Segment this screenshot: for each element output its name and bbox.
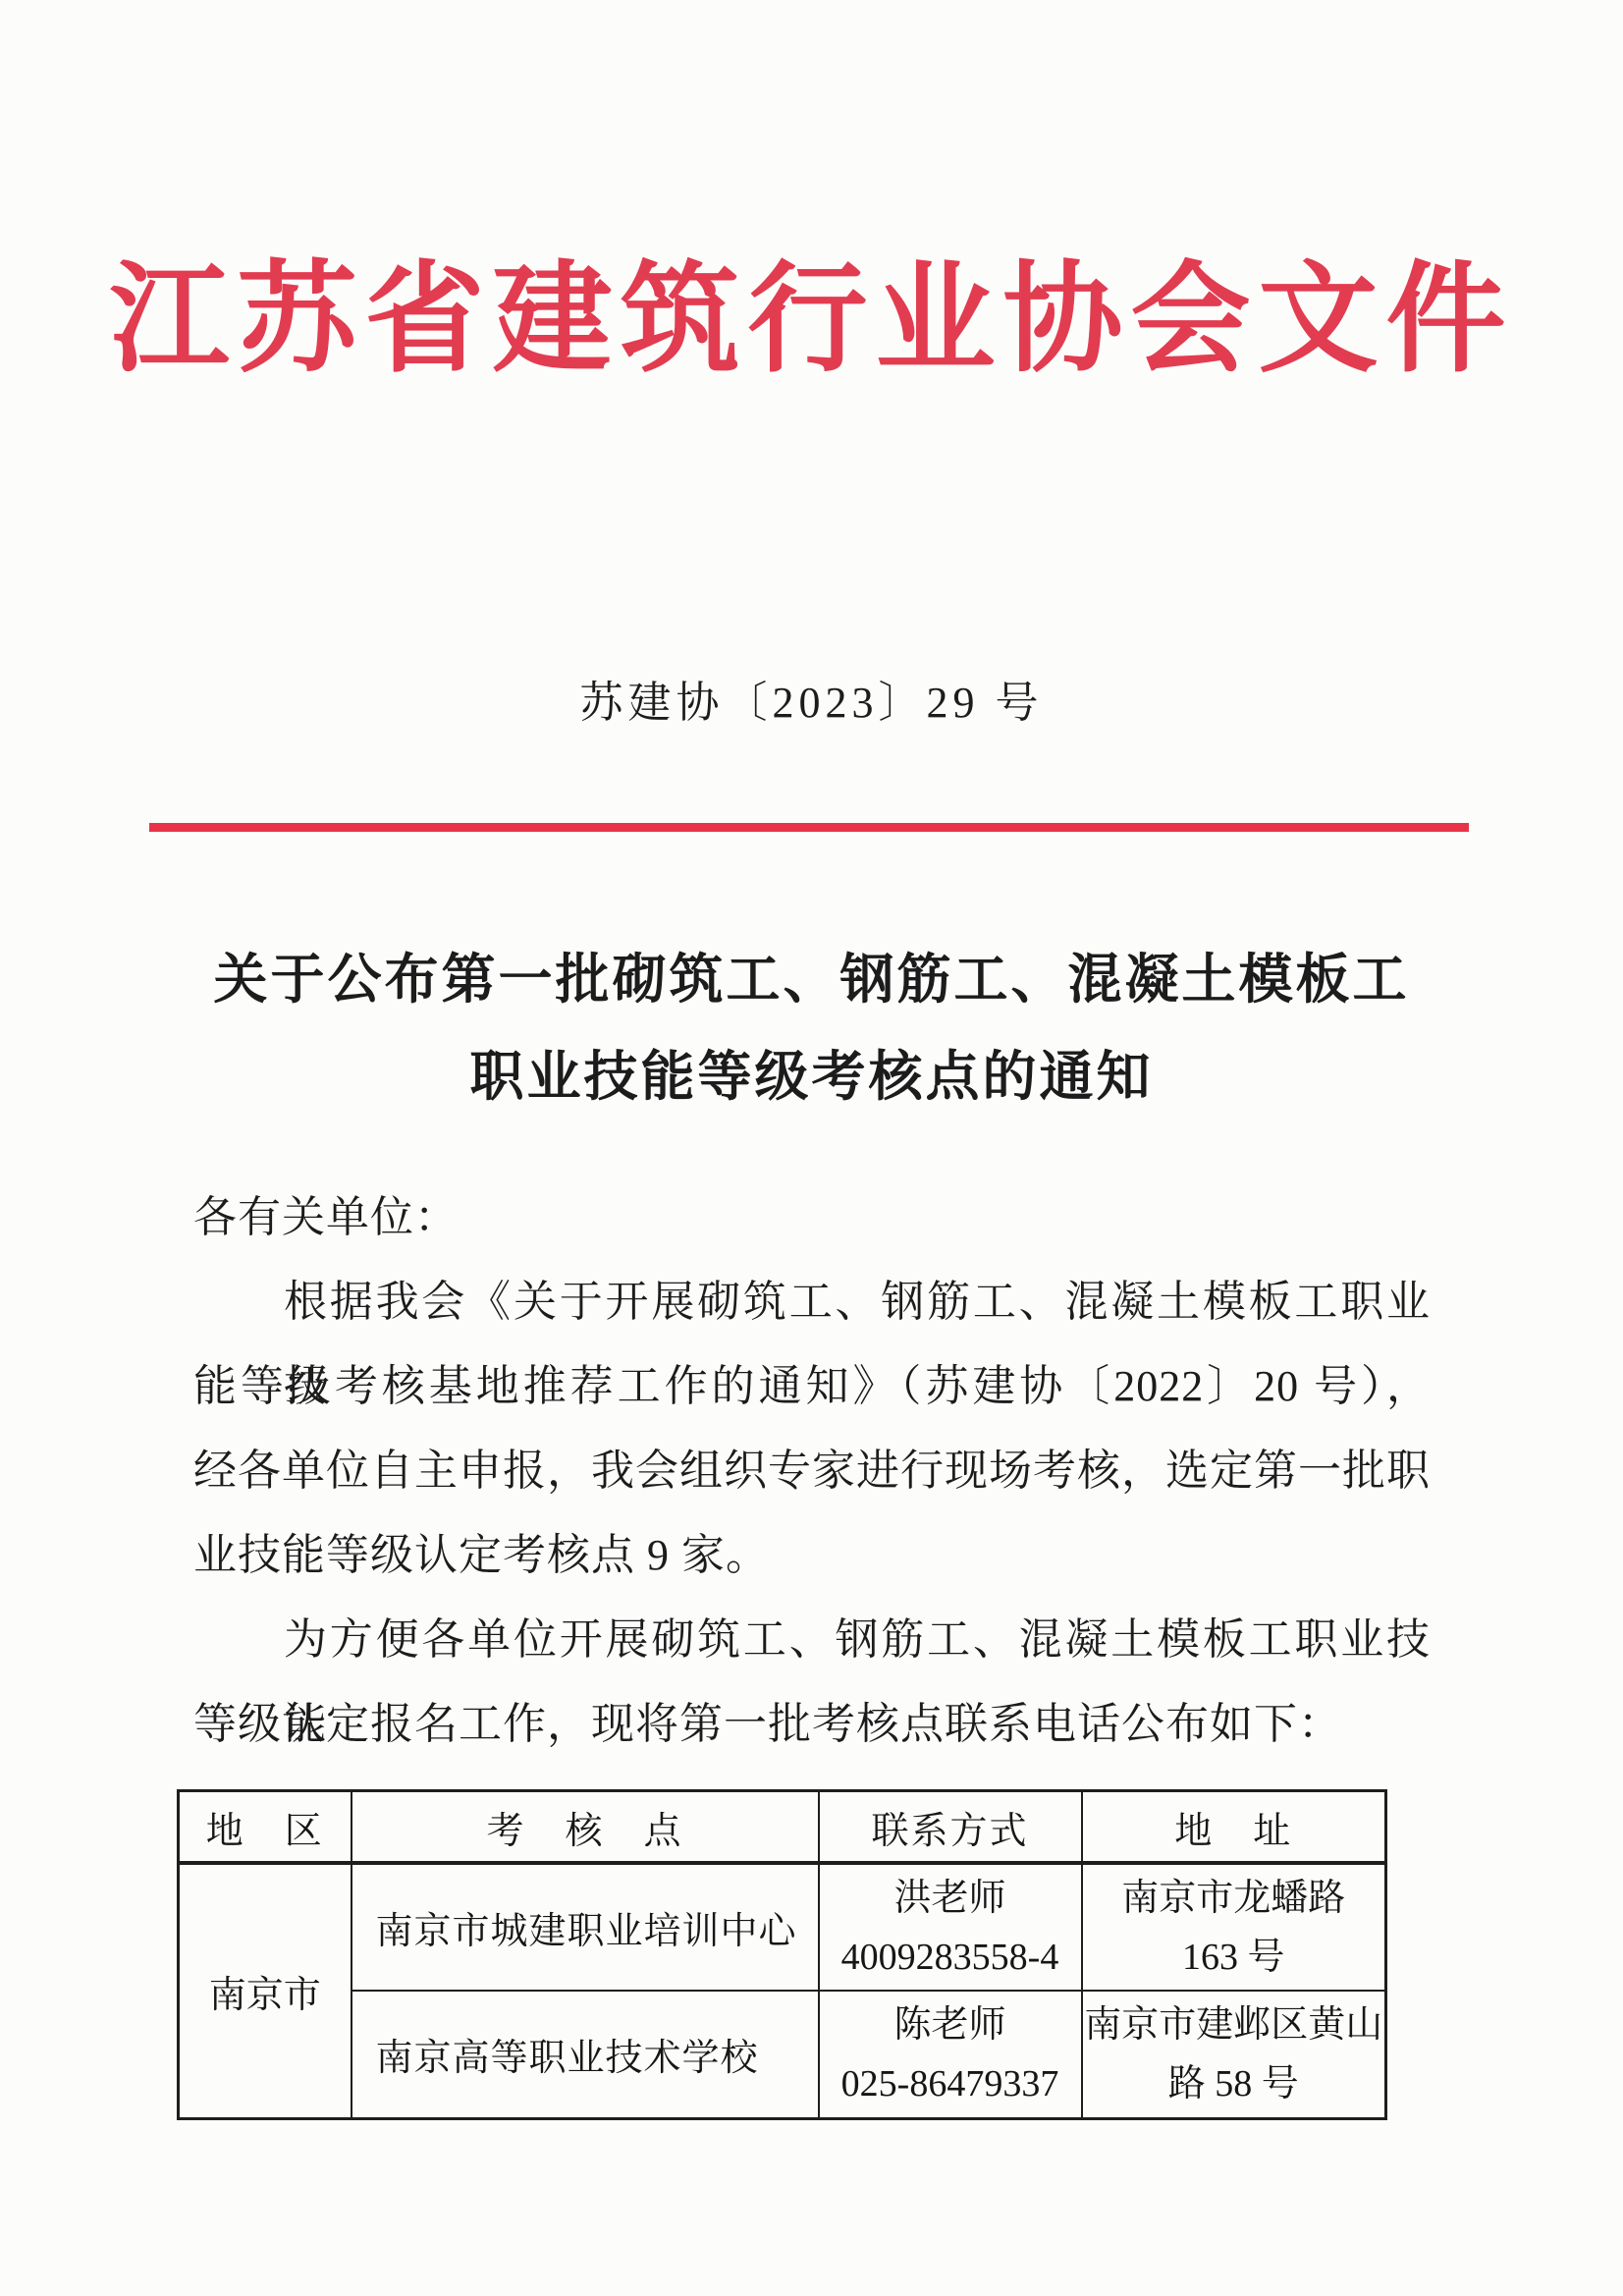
red-divider-line [149, 823, 1469, 832]
address-line-2: 163 号 [1083, 1936, 1385, 1979]
header-site: 考 核 点 [352, 1791, 819, 1864]
contact-cell-lines: 陈老师 025-86479337 [820, 1994, 1081, 2115]
subject-title-line-2: 职业技能等级考核点的通知 [0, 1028, 1623, 1125]
contact-cell-lines: 洪老师 4009283558-4 [820, 1867, 1081, 1989]
contact-name: 陈老师 [820, 2003, 1081, 2047]
address-line-2: 路 58 号 [1083, 2062, 1385, 2105]
site-cell: 南京市城建职业培训中心 [352, 1863, 819, 1991]
header-contact: 联系方式 [819, 1791, 1082, 1864]
contact-cell: 陈老师 025-86479337 [819, 1991, 1082, 2118]
document-page: 江苏省建筑行业协会文件 苏建协〔2023〕29 号 关于公布第一批砌筑工、钢筋工… [0, 0, 1623, 2296]
doc-number: 苏建协〔2023〕29 号 [0, 676, 1623, 731]
table-header-row: 地 区 考 核 点 联系方式 地 址 [179, 1791, 1386, 1864]
table-row: 南京市 南京市城建职业培训中心 洪老师 4009283558-4 南京市龙蟠路 … [179, 1863, 1386, 1991]
address-cell: 南京市龙蟠路 163 号 [1082, 1863, 1386, 1991]
org-title: 江苏省建筑行业协会文件 [0, 247, 1623, 395]
address-line-1: 南京市建邺区黄山 [1083, 2003, 1385, 2047]
body-line: 根据我会《关于开展砌筑工、钢筋工、混凝土模板工职业技 [193, 1260, 1431, 1344]
address-cell-lines: 南京市建邺区黄山 路 58 号 [1083, 1994, 1385, 2115]
body-line: 等级认定报名工作，现将第一批考核点联系电话公布如下： [193, 1682, 1431, 1767]
salutation-line: 各有关单位： [193, 1175, 1431, 1260]
header-address: 地 址 [1082, 1791, 1386, 1864]
region-cell: 南京市 [179, 1863, 352, 2118]
table-row: 南京高等职业技术学校 陈老师 025-86479337 南京市建邺区黄山 路 5… [179, 1991, 1386, 2118]
assessment-sites-table: 地 区 考 核 点 联系方式 地 址 南京市 南京市城建职业培训中心 洪老师 4… [177, 1789, 1387, 2120]
body-line: 能等级考核基地推荐工作的通知》（苏建协〔2022〕20 号）， [193, 1344, 1431, 1429]
contact-name: 洪老师 [820, 1877, 1081, 1920]
contact-phone: 4009283558-4 [820, 1936, 1081, 1979]
subject-title-line-1: 关于公布第一批砌筑工、钢筋工、混凝土模板工 [0, 931, 1623, 1028]
contact-cell: 洪老师 4009283558-4 [819, 1863, 1082, 1991]
site-cell: 南京高等职业技术学校 [352, 1991, 819, 2118]
address-cell: 南京市建邺区黄山 路 58 号 [1082, 1991, 1386, 2118]
contact-phone: 025-86479337 [820, 2062, 1081, 2105]
address-line-1: 南京市龙蟠路 [1083, 1877, 1385, 1920]
body-line: 为方便各单位开展砌筑工、钢筋工、混凝土模板工职业技能 [193, 1598, 1431, 1682]
subject-title: 关于公布第一批砌筑工、钢筋工、混凝土模板工 职业技能等级考核点的通知 [0, 931, 1623, 1125]
address-cell-lines: 南京市龙蟠路 163 号 [1083, 1867, 1385, 1989]
body-line: 经各单位自主申报，我会组织专家进行现场考核，选定第一批职 [193, 1429, 1431, 1513]
body-line: 业技能等级认定考核点 9 家。 [193, 1513, 1431, 1598]
header-region: 地 区 [179, 1791, 352, 1864]
body-text: 各有关单位： 根据我会《关于开展砌筑工、钢筋工、混凝土模板工职业技 能等级考核基… [193, 1175, 1431, 1767]
